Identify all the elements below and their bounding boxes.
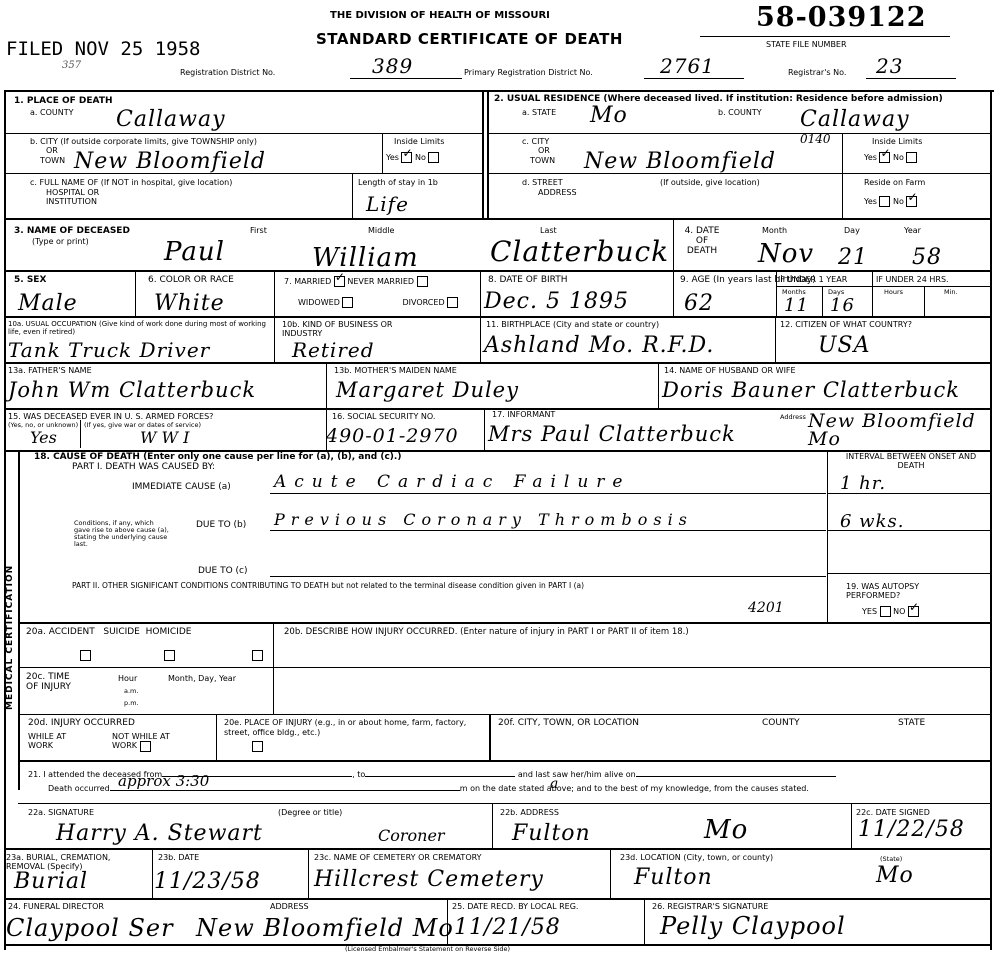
res-county-value[interactable]: Callaway	[800, 108, 910, 132]
signature-label: 22a. SIGNATURE	[28, 808, 94, 817]
state-file-number: 58-039122	[756, 2, 927, 33]
funeral-director-value[interactable]: Claypool Ser	[6, 916, 174, 940]
dod-day-value[interactable]: 21	[838, 246, 868, 270]
pod-town-label: TOWN	[40, 156, 65, 165]
mdy-label: Month, Day, Year	[168, 674, 236, 683]
res-farm-label: Reside on Farm	[864, 178, 925, 187]
registrar-no-value: 23	[876, 54, 903, 78]
res-farm-no-checkbox[interactable]	[906, 196, 917, 207]
res-county-label: b. COUNTY	[718, 108, 762, 117]
deceased-name-label: 3. NAME OF DECEASED	[14, 226, 130, 236]
res-state-label: a. STATE	[522, 108, 556, 117]
dod-year-label: Year	[904, 226, 921, 235]
autopsy-no-checkbox[interactable]	[908, 606, 919, 617]
under24-label: IF UNDER 24 HRS.	[876, 275, 949, 284]
medical-cert-side-label: MEDICAL CERTIFICATION	[5, 560, 15, 710]
res-street-note: (If outside, give location)	[660, 178, 760, 187]
signature-value[interactable]: Harry A. Stewart	[56, 822, 263, 846]
injury-county-label: COUNTY	[762, 718, 800, 728]
date-signed-label: 22c. DATE SIGNED	[856, 808, 930, 817]
informant-label: 17. INFORMANT	[492, 410, 555, 419]
residence-label: 2. USUAL RESIDENCE (Where deceased lived…	[494, 94, 943, 104]
res-inside-yes-checkbox[interactable]	[879, 152, 890, 163]
burial-date-label: 23b. DATE	[158, 853, 199, 862]
occupation-label: 10a. USUAL OCCUPATION (Give kind of work…	[8, 320, 268, 336]
first-name-value[interactable]: Paul	[164, 240, 225, 264]
not-while-work-label: NOT WHILE AT WORK	[112, 732, 176, 750]
cemetery-label: 23c. NAME OF CEMETERY OR CREMATORY	[314, 853, 482, 862]
res-city-or: OR	[538, 146, 550, 155]
director-address-value[interactable]: New Bloomfield Mo	[196, 916, 454, 940]
due-b-value[interactable]: Previous Coronary Thrombosis	[274, 510, 693, 529]
pod-hospital-label: c. FULL NAME OF (If NOT in hospital, giv…	[30, 178, 232, 187]
injury-type-labels: 20a. ACCIDENT SUICIDE HOMICIDE	[26, 627, 191, 637]
time-injury-label: 20c. TIME OF INJURY	[26, 672, 76, 692]
death-time-value[interactable]: approx 3:30	[118, 772, 209, 790]
deceased-name-sub: (Type or print)	[32, 237, 89, 246]
middle-name-label: Middle	[368, 226, 394, 235]
first-name-label: First	[250, 226, 267, 235]
citizen-value[interactable]: USA	[818, 334, 871, 358]
mother-label: 13b. MOTHER'S MAIDEN NAME	[334, 366, 457, 375]
informant-address-label: Address	[780, 414, 806, 421]
place-of-death-label: 1. PLACE OF DEATH	[14, 96, 113, 106]
mother-value[interactable]: Margaret Duley	[336, 378, 519, 402]
marital-status-row2: WIDOWED DIVORCED	[298, 297, 458, 308]
dob-label: 8. DATE OF BIRTH	[488, 275, 568, 285]
degree-label: (Degree or title)	[278, 808, 342, 817]
res-city-value[interactable]: New Bloomfield	[584, 150, 776, 174]
armed-value[interactable]: Yes	[30, 428, 57, 447]
cemetery-value[interactable]: Hillcrest Cemetery	[314, 868, 544, 892]
res-inside-no-checkbox[interactable]	[906, 152, 917, 163]
business-label: 10b. KIND OF BUSINESS OR INDUSTRY	[282, 320, 432, 338]
death-ampm-value[interactable]: a	[550, 776, 558, 792]
res-town-label: TOWN	[530, 156, 555, 165]
registrar-sig-value[interactable]: Pelly Claypool	[660, 914, 846, 938]
pod-hospital-sub2: INSTITUTION	[46, 197, 97, 206]
dod-month-label: Month	[762, 226, 787, 235]
suicide-checkbox[interactable]	[164, 650, 175, 661]
reg-district-label: Registration District No.	[180, 68, 275, 77]
race-value[interactable]: White	[154, 292, 225, 316]
armed-label: 15. WAS DECEASED EVER IN U. S. ARMED FOR…	[8, 412, 213, 421]
pod-inside-yes[interactable]: Yes No	[386, 152, 439, 163]
business-value[interactable]: Retired	[292, 338, 375, 362]
interval-label: INTERVAL BETWEEN ONSET AND DEATH	[836, 452, 986, 470]
degree-value[interactable]: Coroner	[378, 826, 445, 845]
attest-address-label: 22b. ADDRESS	[500, 808, 559, 817]
res-inside-yes[interactable]: Yes No	[864, 152, 917, 163]
accident-checkbox[interactable]	[80, 650, 91, 661]
filed-stamp: FILED NOV 25 1958	[6, 38, 200, 60]
dod-label: 4. DATE OF DEATH	[680, 226, 724, 256]
date-recd-label: 25. DATE RECD. BY LOCAL REG.	[452, 902, 578, 911]
informant-value[interactable]: Mrs Paul Clatterbuck	[488, 422, 736, 446]
cause-code: 4201	[748, 600, 784, 616]
due-b-label: DUE TO (b)	[196, 520, 246, 530]
while-work-label: WHILE AT WORK	[28, 732, 86, 750]
describe-injury-label: 20b. DESCRIBE HOW INJURY OCCURRED. (Ente…	[284, 627, 689, 637]
dod-year-value[interactable]: 58	[912, 246, 942, 270]
married-checkbox[interactable]	[334, 276, 345, 287]
hours-label: Hours	[884, 289, 903, 296]
autopsy-options: YES NO	[862, 606, 919, 617]
days-value[interactable]: 16	[830, 294, 855, 318]
res-street-label: d. STREET	[522, 178, 563, 187]
last-name-value[interactable]: Clatterbuck	[490, 240, 669, 264]
birthplace-value[interactable]: Ashland Mo. R.F.D.	[484, 334, 714, 358]
am-label: a.m.	[124, 688, 138, 695]
widowed-checkbox[interactable]	[342, 297, 353, 308]
immediate-cause-value[interactable]: Acute Cardiac Failure	[274, 472, 630, 492]
pod-inside-no-checkbox[interactable]	[428, 152, 439, 163]
pod-inside-yes-checkbox[interactable]	[401, 152, 412, 163]
homicide-checkbox[interactable]	[252, 650, 263, 661]
attest-address-state[interactable]: Mo	[704, 818, 748, 842]
min-label: Min.	[944, 289, 958, 296]
immediate-cause-label: IMMEDIATE CAUSE (a)	[132, 482, 231, 492]
pod-inside-limits-label: Inside Limits	[394, 137, 444, 146]
middle-name-value[interactable]: William	[312, 246, 419, 270]
burial-state-label: (State)	[880, 856, 902, 863]
attest-address-value[interactable]: Fulton	[512, 822, 591, 846]
sex-label: 5. SEX	[14, 275, 46, 285]
ssn-value[interactable]: 490-01-2970	[326, 424, 459, 448]
marital-status: 7. MARRIED NEVER MARRIED	[284, 276, 428, 287]
pod-city-value[interactable]: New Bloomfield	[74, 150, 266, 174]
father-value[interactable]: John Wm Clatterbuck	[8, 378, 256, 402]
burial-location-label: 23d. LOCATION (City, town, or county)	[620, 853, 773, 862]
primary-reg-label: Primary Registration District No.	[464, 68, 593, 77]
sex-value[interactable]: Male	[18, 292, 78, 316]
under1-label: IF UNDER 1 YEAR	[778, 275, 847, 284]
date-signed-value[interactable]: 11/22/58	[858, 818, 965, 842]
dob-value[interactable]: Dec. 5 1895	[484, 290, 629, 314]
cause-label: 18. CAUSE OF DEATH (Enter only one cause…	[34, 452, 401, 462]
father-label: 13a. FATHER'S NAME	[8, 366, 92, 375]
hour-label: Hour	[118, 674, 137, 683]
autopsy-label: 19. WAS AUTOPSY PERFORMED?	[846, 582, 966, 600]
conditions-note: Conditions, if any, which gave rise to a…	[74, 520, 170, 548]
pod-hospital-sub1: HOSPITAL OR	[46, 188, 99, 197]
pod-county-label: a. COUNTY	[30, 108, 73, 117]
divorced-checkbox[interactable]	[447, 297, 458, 308]
res-farm-yes-checkbox[interactable]	[879, 196, 890, 207]
primary-reg-value: 2761	[660, 54, 715, 78]
autopsy-yes-checkbox[interactable]	[880, 606, 891, 617]
injury-city-label: 20f. CITY, TOWN, OR LOCATION	[498, 718, 639, 728]
res-farm-options[interactable]: Yes No	[864, 196, 917, 207]
spouse-label: 14. NAME OF HUSBAND OR WIFE	[664, 366, 796, 375]
director-address-label: ADDRESS	[270, 902, 309, 911]
occupation-value[interactable]: Tank Truck Driver	[8, 338, 210, 362]
race-label: 6. COLOR OR RACE	[148, 275, 234, 285]
pod-county-value[interactable]: Callaway	[116, 108, 226, 132]
part2-label: PART II. OTHER SIGNIFICANT CONDITIONS CO…	[72, 582, 584, 589]
res-inside-limits-label: Inside Limits	[872, 137, 922, 146]
birthplace-label: 11. BIRTHPLACE (City and state or countr…	[486, 320, 659, 329]
state-file-label: STATE FILE NUMBER	[766, 40, 847, 49]
last-name-label: Last	[540, 226, 557, 235]
embalmer-footnote: (Licensed Embalmer's Statement on Revers…	[345, 946, 510, 953]
ssn-label: 16. SOCIAL SECURITY NO.	[332, 412, 435, 421]
dod-day-label: Day	[844, 226, 860, 235]
place-injury-label: 20e. PLACE OF INJURY (e.g., in or about …	[224, 718, 492, 738]
pod-city-or: OR	[46, 146, 58, 155]
res-city-label: c. CITY	[522, 137, 549, 146]
pod-stay-label: Length of stay in 1b	[358, 178, 438, 187]
burial-location-value[interactable]: Fulton	[634, 866, 713, 890]
cause-part1: PART I. DEATH WAS CAUSED BY:	[72, 462, 215, 472]
months-value[interactable]: 11	[784, 294, 809, 318]
never-married-checkbox[interactable]	[417, 276, 428, 287]
injury-occurred-label: 20d. INJURY OCCURRED	[28, 718, 135, 728]
pm-label: p.m.	[124, 700, 139, 707]
date-recd-value[interactable]: 11/21/58	[454, 916, 561, 940]
citizen-label: 12. CITIZEN OF WHAT COUNTRY?	[780, 320, 912, 329]
burial-date-value[interactable]: 11/23/58	[154, 870, 261, 894]
res-street-sub: ADDRESS	[538, 188, 577, 197]
registrar-no-label: Registrar's No.	[788, 68, 846, 77]
filed-note: 357	[62, 60, 81, 71]
pod-stay-value[interactable]: Life	[366, 192, 409, 216]
res-state-value[interactable]: Mo	[590, 104, 628, 128]
injury-state-label: STATE	[898, 718, 925, 728]
pod-city-label: b. CITY (If outside corporate limits, gi…	[30, 137, 257, 146]
certificate-title: STANDARD CERTIFICATE OF DEATH	[316, 30, 623, 48]
dod-month-value[interactable]: Nov	[758, 242, 814, 266]
division-name: THE DIVISION OF HEALTH OF MISSOURI	[330, 10, 550, 21]
res-city-code: 0140	[800, 132, 831, 146]
funeral-director-label: 24. FUNERAL DIRECTOR	[8, 902, 104, 911]
burial-value[interactable]: Burial	[14, 870, 88, 894]
age-value[interactable]: 62	[684, 292, 714, 316]
not-while-work-checkbox[interactable]	[252, 741, 263, 752]
due-c-label: DUE TO (c)	[198, 566, 247, 576]
spouse-value[interactable]: Doris Bauner Clatterbuck	[662, 378, 960, 402]
war-value[interactable]: W W I	[140, 428, 189, 447]
registrar-sig-label: 26. REGISTRAR'S SIGNATURE	[652, 902, 768, 911]
reg-district-value: 389	[372, 54, 413, 78]
informant-address-value[interactable]: New Bloomfield Mo	[808, 412, 988, 448]
burial-state-value[interactable]: Mo	[876, 864, 914, 888]
